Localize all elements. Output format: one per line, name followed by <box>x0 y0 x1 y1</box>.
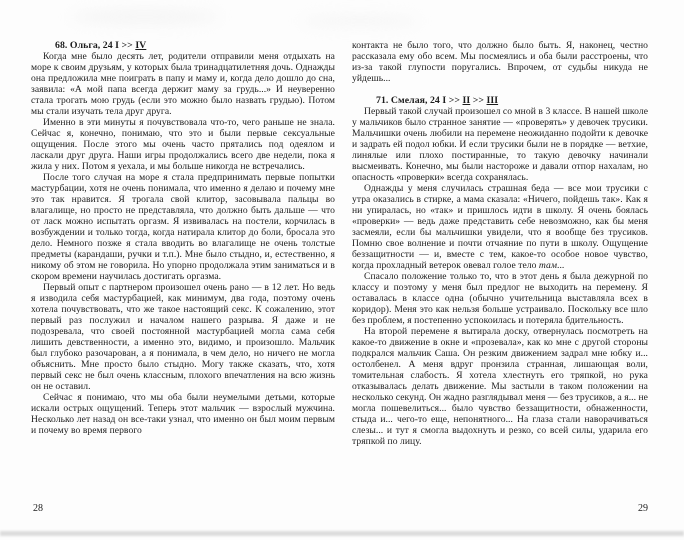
paragraph: Спасало положение только то, что в этот … <box>352 271 648 326</box>
paragraph: контакта не было того, что должно было б… <box>352 40 648 84</box>
story-heading: 71. Смелая, 24 I >> II >> III <box>352 95 648 106</box>
paragraph: После того случая на море я стала предпр… <box>31 172 335 282</box>
book-spread: 68. Ольга, 24 I >> IVКогда мне было деся… <box>0 0 684 540</box>
paragraph: Когда мне было десять лет, родители отпр… <box>31 51 335 117</box>
paragraph: Однажды у меня случилась страшная беда —… <box>352 183 648 271</box>
left-page-text-column: 68. Ольга, 24 I >> IVКогда мне было деся… <box>31 40 335 436</box>
paragraph: Именно в эти минуты я почувствовала что-… <box>31 117 335 172</box>
paragraph: Первый опыт с партнером произошел очень … <box>31 282 335 392</box>
paragraph: Первый такой случай произошел со мной в … <box>352 106 648 183</box>
story-heading: 68. Ольга, 24 I >> IV <box>31 40 335 51</box>
right-page-text-column: контакта не было того, что должно было б… <box>352 40 648 447</box>
scan-smudge <box>70 10 220 24</box>
page-number-left: 28 <box>33 503 43 515</box>
scan-edge-artifact <box>0 531 684 536</box>
paragraph: Сейчас я понимаю, что мы оба были неумел… <box>31 392 335 436</box>
page-number-right: 29 <box>352 503 648 515</box>
paragraph: На второй перемене я вытирала доску, отв… <box>352 326 648 447</box>
scan-smudge <box>300 16 420 26</box>
